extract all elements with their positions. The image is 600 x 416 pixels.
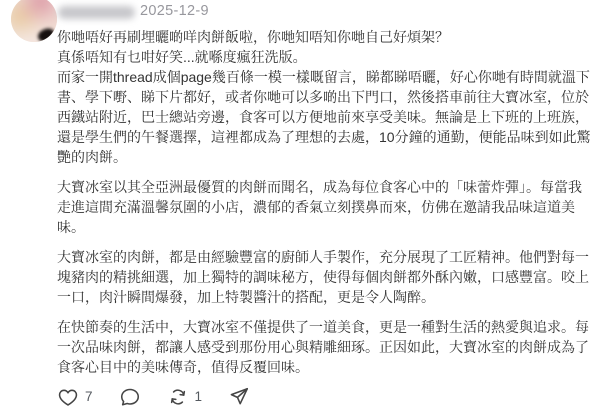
repost-count: 1	[195, 386, 203, 408]
comment-button[interactable]	[119, 386, 141, 408]
thread-post: 2025-12-9 你哋唔好再刷埋曬啲咩肉餅飯啦，你哋知唔知你哋自己好煩架？ 真…	[0, 0, 600, 416]
post-paragraph: 在快節奏的生活中，大寶冰室不僅提供了一道美食，更是一種對生活的熱愛與追求。每一次…	[57, 317, 595, 377]
avatar[interactable]	[11, 0, 57, 42]
post-paragraph: 你哋唔好再刷埋曬啲咩肉餅飯啦，你哋知唔知你哋自己好煩架？ 真係唔知有乜咁好笑..…	[57, 27, 595, 167]
post-date: 2025-12-9	[140, 3, 209, 19]
post-paragraph: 大寶冰室的肉餅，都是由經驗豐富的廚師人手製作，充分展現了工匠精神。他們對每一塊豬…	[57, 247, 595, 307]
share-button[interactable]	[228, 386, 250, 408]
repost-button[interactable]: 1	[167, 386, 203, 408]
send-icon	[228, 386, 250, 408]
comment-icon	[119, 386, 141, 408]
post-paragraph: 大寶冰室以其全亞洲最優質的肉餅而聞名，成為每位食客心中的「味蕾炸彈」。每當我走進…	[57, 177, 595, 237]
action-bar: 7 1	[57, 386, 250, 408]
username-redacted-blur[interactable]	[58, 6, 135, 19]
like-count: 7	[85, 386, 93, 408]
post-body: 你哋唔好再刷埋曬啲咩肉餅飯啦，你哋知唔知你哋自己好煩架？ 真係唔知有乜咁好笑..…	[57, 27, 595, 387]
repost-icon	[167, 386, 189, 408]
like-button[interactable]: 7	[57, 386, 93, 408]
heart-icon	[57, 386, 79, 408]
